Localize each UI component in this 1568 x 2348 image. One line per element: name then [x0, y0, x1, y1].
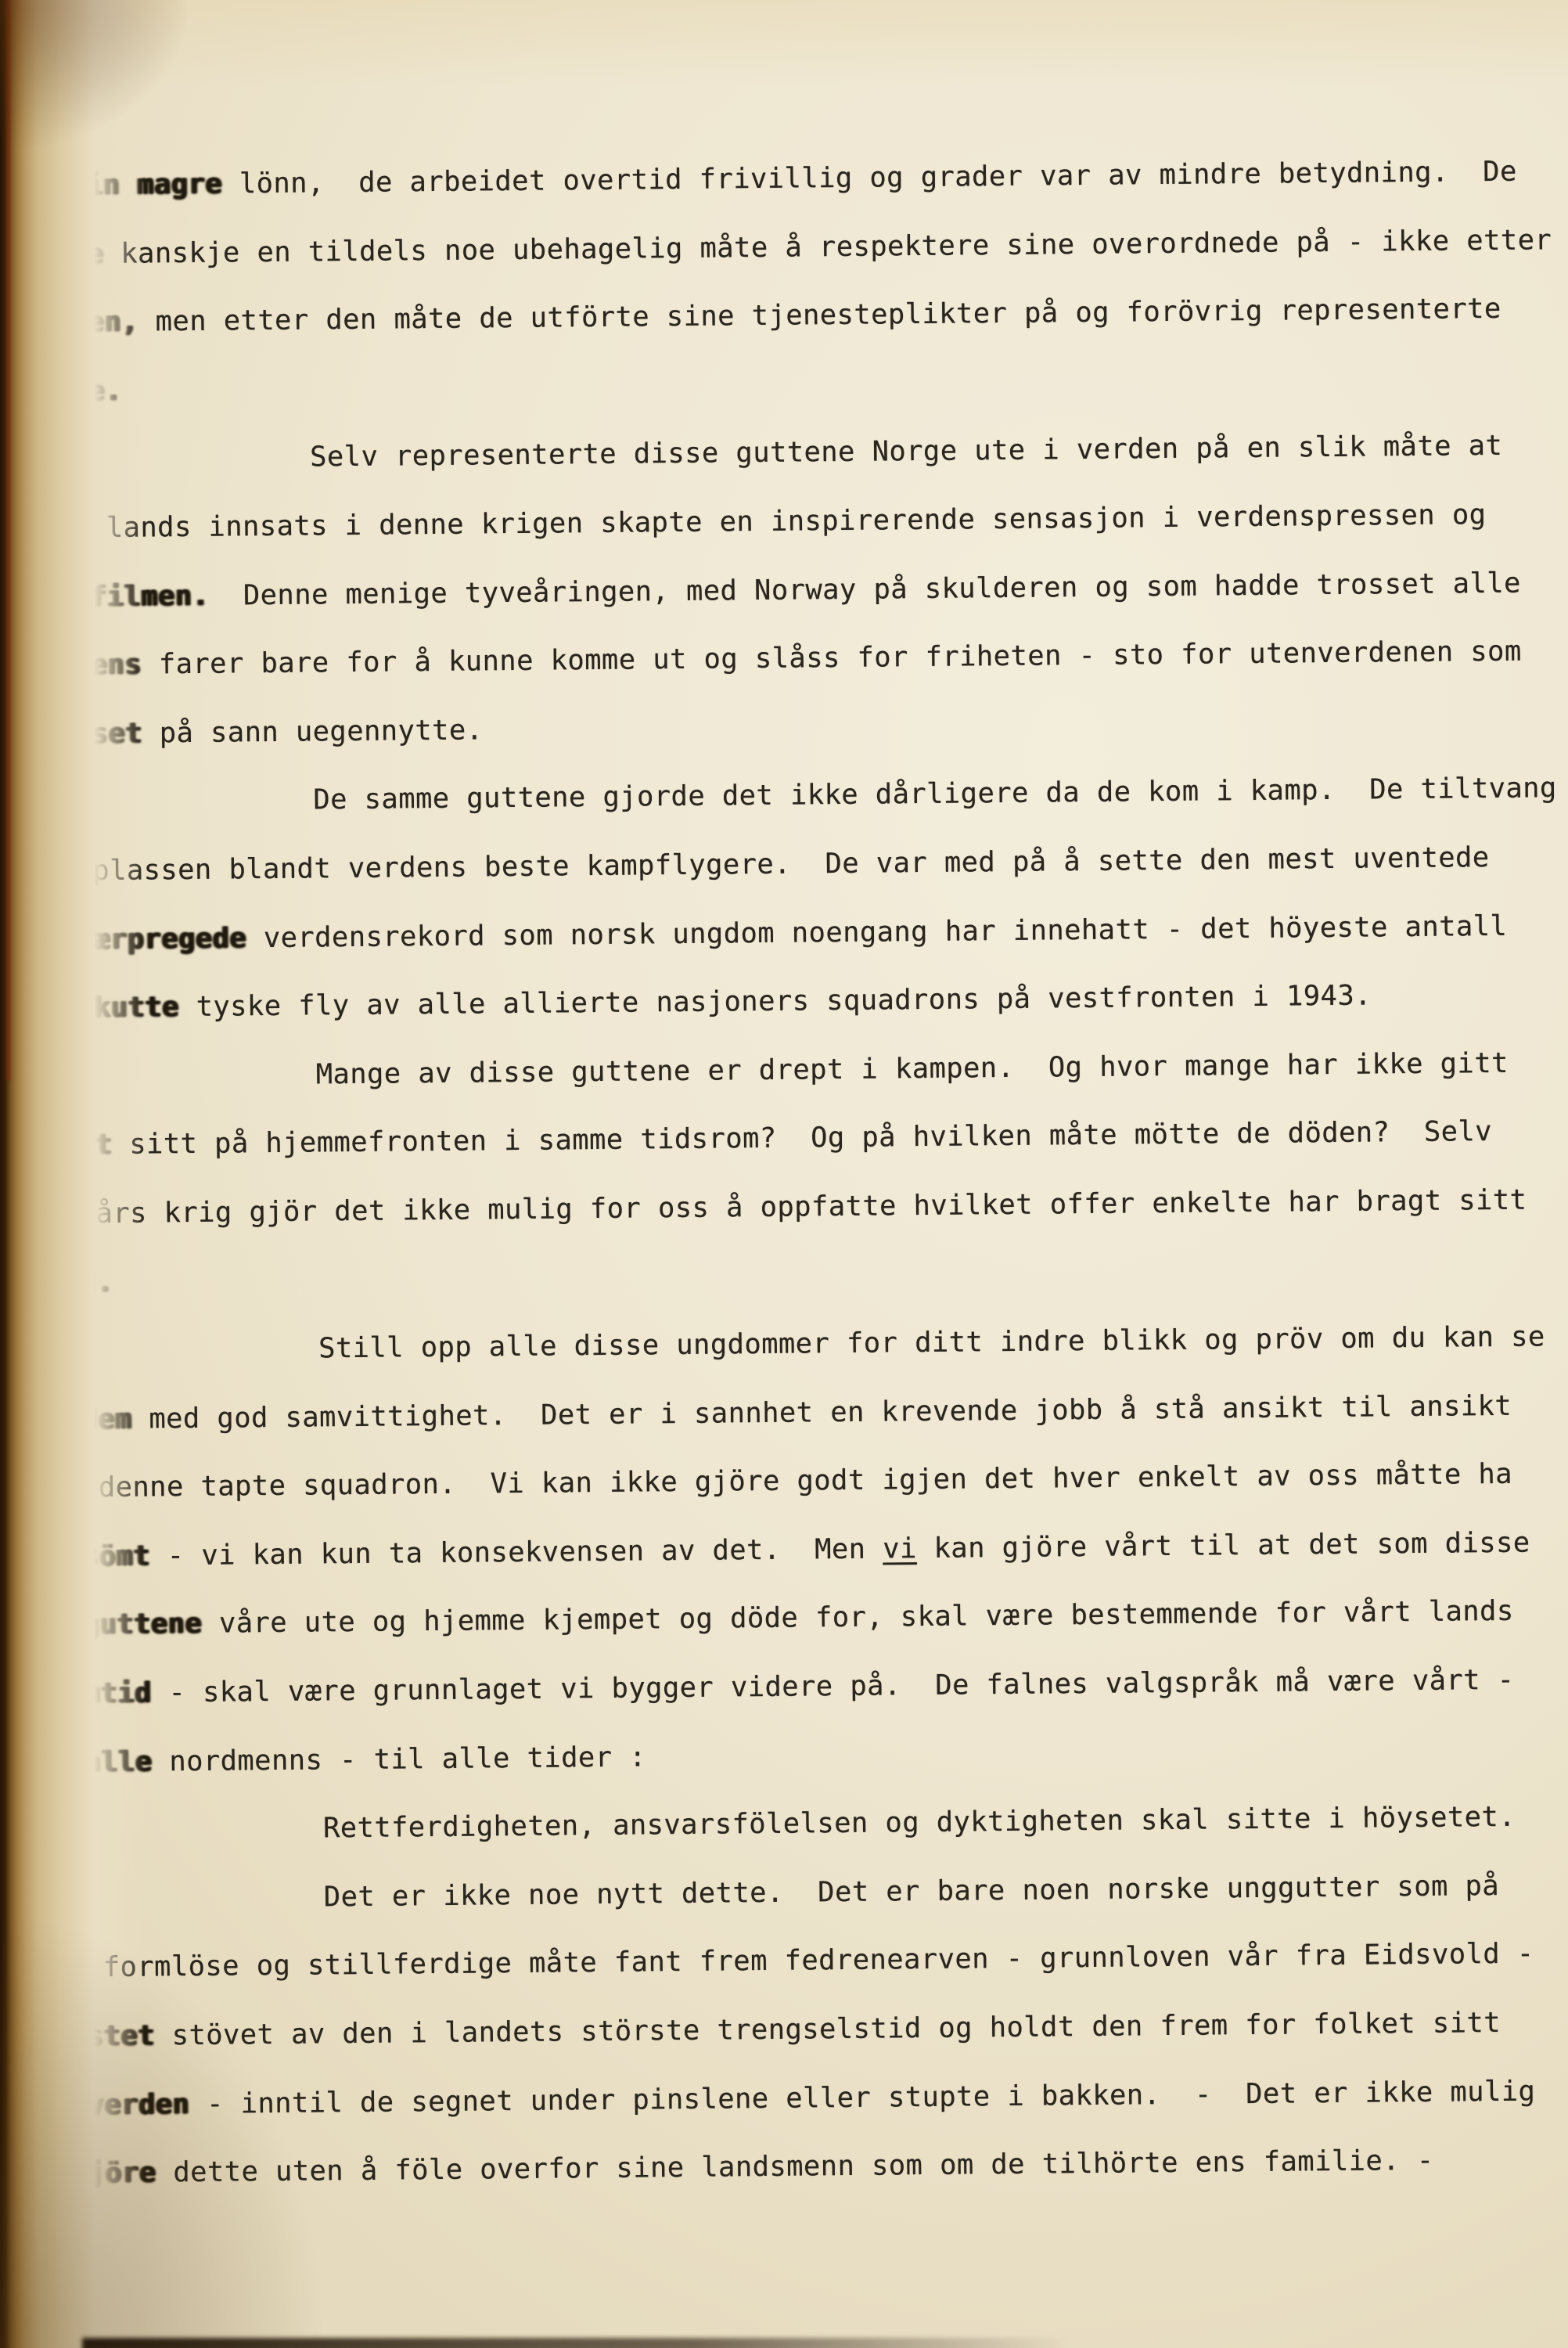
text-line: verdens farer bare for å kunne komme ut …: [22, 617, 1548, 700]
text-line: fremtid - skal være grunnlaget vi bygger…: [32, 1645, 1559, 1728]
text-line: fem års krig gjör det ikke mulig for oss…: [27, 1165, 1554, 1248]
binding-crease-line: [6, 0, 10, 1080]
typewritten-text: av sin magre lönn, de arbeidet overtid f…: [17, 137, 1563, 2208]
scanned-page: av sin magre lönn, de arbeidet overtid f…: [0, 0, 1568, 2348]
text-line: graden, men etter den måte de utförte si…: [19, 275, 1545, 358]
bottom-left-gutter-shadow: [0, 1910, 329, 2348]
underlined-word: vi: [883, 1532, 917, 1565]
page-bottom-scan-edge: [82, 2338, 1068, 2348]
scan-top-lighting: [0, 0, 1568, 86]
top-left-gutter-shadow: [0, 0, 188, 149]
